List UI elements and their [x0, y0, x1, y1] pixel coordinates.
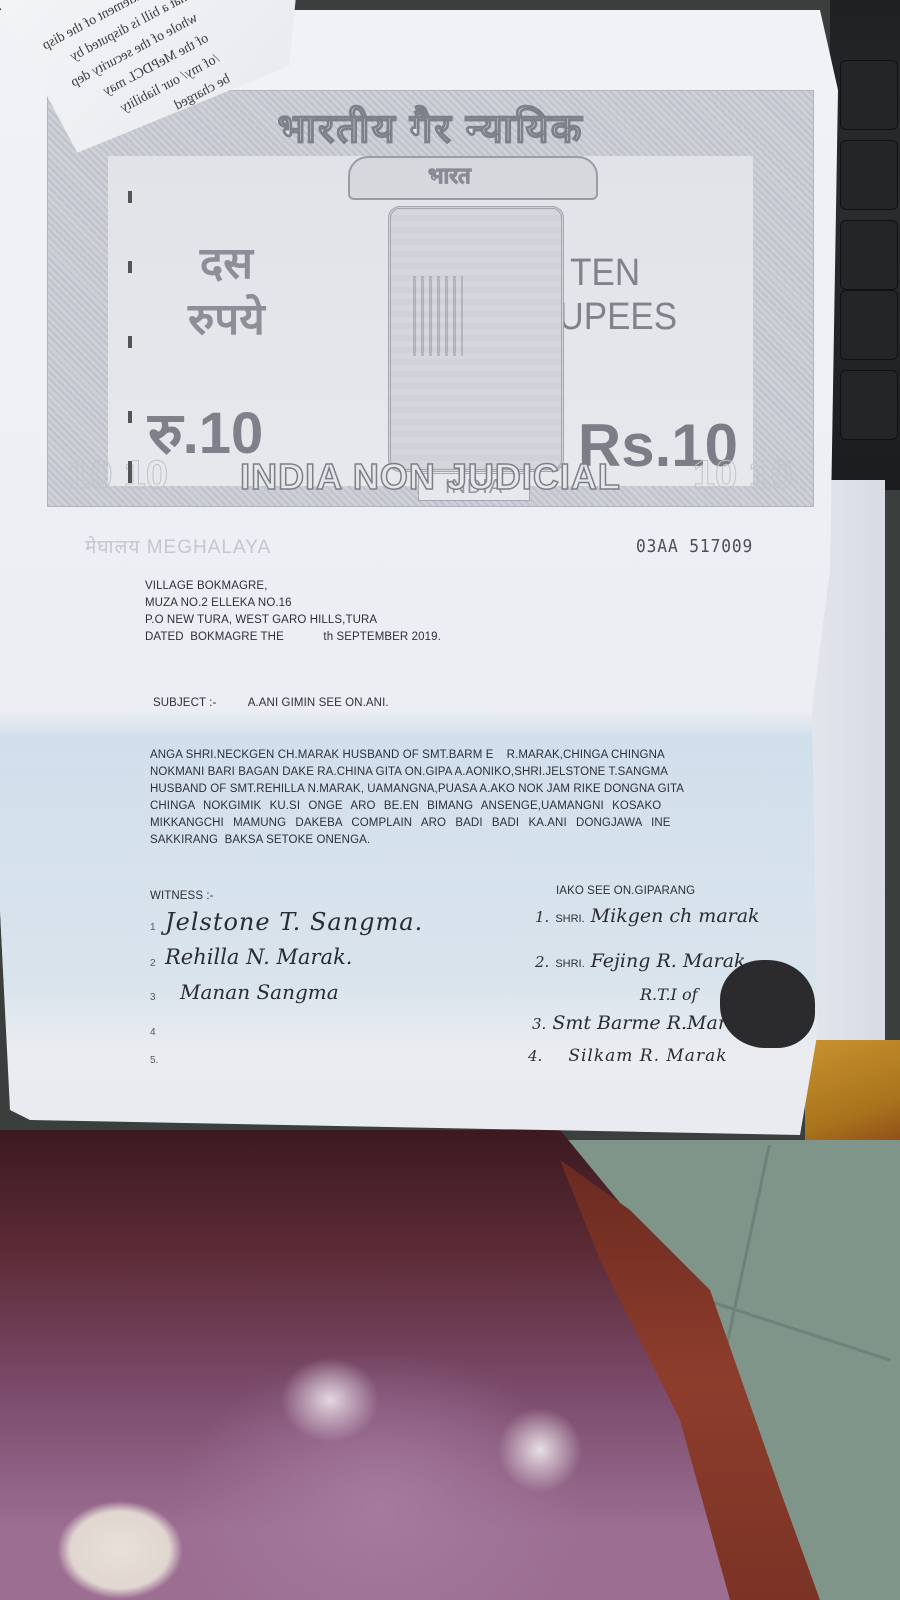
witness-number: 3	[150, 992, 156, 1003]
perforation-mark	[128, 261, 132, 273]
body-line: HUSBAND OF SMT.REHILLA N.MARAK, UAMANGNA…	[150, 781, 775, 798]
stamp-hindi-amount-words: दस रुपये	[188, 236, 265, 348]
signatory-row: 3.Smt Barme R.Marak	[532, 1012, 750, 1034]
keyboard-key	[840, 220, 898, 290]
address-line: VILLAGE BOKMAGRE,	[145, 578, 441, 595]
emblem-bharat-text: भारत	[428, 160, 471, 190]
body-line: MIKKANGCHI MAMUNG DAKEBA COMPLAIN ARO BA…	[150, 815, 775, 832]
keyboard-key	[840, 60, 898, 130]
body-line: NOKMANI BARI BAGAN DAKE RA.CHINA GITA ON…	[150, 764, 775, 781]
signatory-row: 2.SHRI.Fejing R. Marak	[535, 950, 746, 972]
signatory-signature: Smt Barme R.Marak	[552, 1012, 749, 1034]
state-label: मेघालय MEGHALAYA	[85, 533, 271, 559]
signatory-row: 1.SHRI.Mikgen ch marak	[535, 905, 760, 927]
body-line: ANGA SHRI.NECKGEN CH.MARAK HUSBAND OF SM…	[150, 747, 775, 764]
stamp-banner: INDIA NON JUDICIAL	[48, 456, 813, 498]
witness-signature: Jelstone T. Sangma.	[165, 908, 423, 936]
perforation-mark	[128, 411, 132, 423]
stamp-hindi-das: दस	[188, 236, 265, 292]
body-line: SAKKIRANG BAKSA SETOKE ONENGA.	[150, 832, 775, 849]
subject-value: A.ANI GIMIN SEE ON.ANI.	[248, 697, 389, 709]
ashoka-emblem-icon: भारत INDIA	[348, 156, 598, 501]
address-line: MUZA NO.2 ELLEKA NO.16	[145, 595, 441, 612]
lion-capital-icon	[413, 276, 463, 356]
subject-label: SUBJECT :-	[153, 697, 216, 709]
serial-number: 03AA 517009	[636, 536, 753, 557]
witness-signature: Manan Sangma	[180, 980, 339, 1004]
keyboard-key	[840, 140, 898, 210]
witness-number: 1	[150, 922, 156, 933]
perforation-mark	[128, 461, 132, 483]
date-line: DATED BOKMAGRE THE th SEPTEMBER 2019.	[145, 629, 441, 646]
stamp-paper-document: भारतीय गैर न्यायिक दस रुपये TEN RUPEES र…	[0, 10, 840, 1135]
address-line: P.O NEW TURA, WEST GARO HILLS,TURA	[145, 612, 441, 629]
witness-number: 5.	[150, 1055, 158, 1066]
body-line: CHINGA NOKGIMIK KU.SI ONGE ARO BE.EN BIM…	[150, 798, 775, 815]
body-paragraph: ANGA SHRI.NECKGEN CH.MARAK HUSBAND OF SM…	[150, 747, 775, 849]
rti-annotation: R.T.I of	[640, 985, 698, 1004]
address-block: VILLAGE BOKMAGRE, MUZA NO.2 ELLEKA NO.16…	[145, 578, 441, 646]
witness-number: 4	[150, 1027, 156, 1038]
subject-line: SUBJECT :- A.ANI GIMIN SEE ON.ANI.	[153, 697, 389, 709]
non-judicial-stamp: भारतीय गैर न्यायिक दस रुपये TEN RUPEES र…	[47, 90, 814, 507]
keyboard-key	[840, 290, 898, 360]
signatory-signature: Silkam R. Marak	[568, 1046, 727, 1066]
redaction-blot	[720, 960, 815, 1048]
witness-number: 2	[150, 958, 156, 969]
signatory-signature: Fejing R. Marak	[591, 950, 746, 972]
perforation-mark	[128, 336, 132, 348]
signatory-row: 4.Silkam R. Marak	[528, 1046, 728, 1066]
witness-signature: Rehilla N. Marak.	[165, 945, 352, 969]
signatories-heading: IAKO SEE ON.GIPARANG	[556, 885, 695, 897]
keyboard-key	[840, 370, 898, 440]
keyboard-background	[830, 0, 900, 490]
stamp-hindi-rupaye: रुपये	[188, 292, 265, 348]
perforation-mark	[128, 191, 132, 203]
witness-heading: WITNESS :-	[150, 890, 214, 902]
signatory-signature: Mikgen ch marak	[591, 905, 760, 927]
